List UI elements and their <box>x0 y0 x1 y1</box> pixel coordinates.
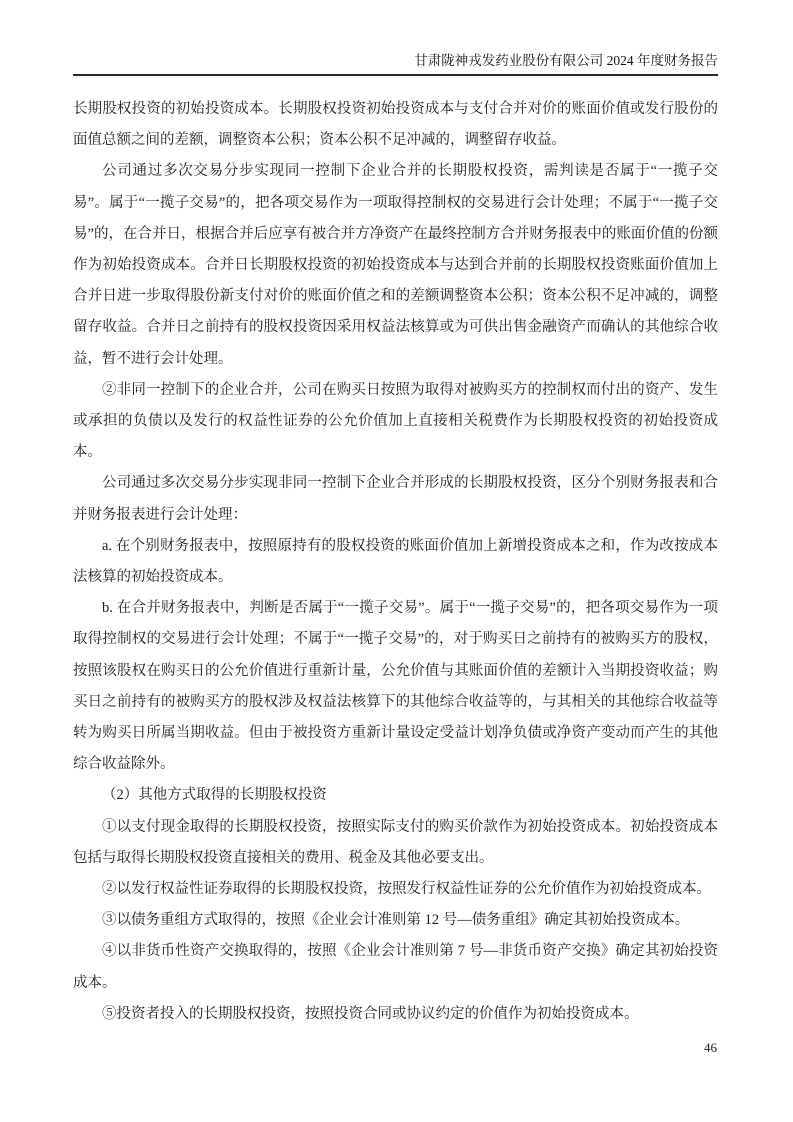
paragraph: ②以发行权益性证券取得的长期股权投资，按照发行权益性证券的公允价值作为初始投资成… <box>73 874 718 905</box>
paragraph: ⑤投资者投入的长期股权投资，按照投资合同或协议约定的价值作为初始投资成本。 <box>73 999 718 1030</box>
paragraph: 长期股权投资的初始投资成本。长期股权投资初始投资成本与支付合并对价的账面价值或发… <box>73 94 718 156</box>
page-number: 46 <box>704 1040 717 1056</box>
paragraph: ③以债务重组方式取得的，按照《企业会计准则第 12 号—债务重组》确定其初始投资… <box>73 905 718 936</box>
report-page: 甘肃陇神戎发药业股份有限公司 2024 年度财务报告 长期股权投资的初始投资成本… <box>0 0 793 1122</box>
paragraph: ④以非货币性资产交换取得的，按照《企业会计准则第 7 号—非货币资产交换》确定其… <box>73 936 718 998</box>
paragraph: b. 在合并财务报表中，判断是否属于“一揽子交易”。属于“一揽子交易”的，把各项… <box>73 593 718 780</box>
page-header: 甘肃陇神戎发药业股份有限公司 2024 年度财务报告 <box>73 53 718 76</box>
paragraph: ①以支付现金取得的长期股权投资，按照实际支付的购买价款作为初始投资成本。初始投资… <box>73 812 718 874</box>
paragraph: a. 在个别财务报表中，按照原持有的股权投资的账面价值加上新增投资成本之和，作为… <box>73 531 718 593</box>
document-body: 长期股权投资的初始投资成本。长期股权投资初始投资成本与支付合并对价的账面价值或发… <box>73 94 718 1030</box>
paragraph: 公司通过多次交易分步实现非同一控制下企业合并形成的长期股权投资，区分个别财务报表… <box>73 468 718 530</box>
paragraph: ②非同一控制下的企业合并，公司在购买日按照为取得对被购买方的控制权而付出的资产、… <box>73 375 718 469</box>
paragraph: 公司通过多次交易分步实现同一控制下企业合并的长期股权投资，需判读是否属于“一揽子… <box>73 156 718 374</box>
paragraph: （2）其他方式取得的长期股权投资 <box>73 780 718 811</box>
report-title: 甘肃陇神戎发药业股份有限公司 2024 年度财务报告 <box>414 53 718 68</box>
